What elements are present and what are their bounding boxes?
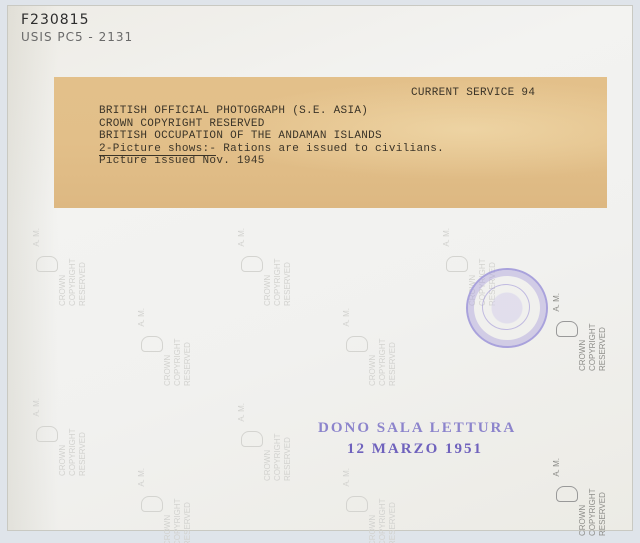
crown-icon [556, 321, 578, 337]
caption-line-2: CROWN COPYRIGHT RESERVED [99, 118, 265, 130]
handwritten-reference: USIS PC5 - 2131 [21, 30, 133, 44]
caption-picture-shows: 2-Picture shows:- [99, 143, 216, 156]
caption-label: CURRENT SERVICE 94 BRITISH OFFICIAL PHOT… [54, 77, 607, 208]
crown-icon [346, 496, 368, 512]
crown-copyright-watermark: A. M. CROWN COPYRIGHTRESERVED [28, 226, 88, 306]
library-stamp-date: 12 MARZO 1951 [347, 441, 483, 458]
crown-copyright-watermark: A. M. CROWN COPYRIGHTRESERVED [338, 306, 398, 386]
caption-description: Rations are issued to civilians. [216, 143, 444, 155]
caption-issue-date: Picture issued Nov. 1945 [99, 155, 265, 167]
circular-seal-stamp [466, 268, 548, 348]
caption-line-3: BRITISH OCCUPATION OF THE ANDAMAN ISLAND… [99, 130, 382, 142]
caption-line-1: BRITISH OFFICIAL PHOTOGRAPH (S.E. ASIA) [99, 105, 368, 117]
crown-copyright-watermark: A. M. CROWN COPYRIGHTRESERVED [133, 466, 193, 543]
service-number: CURRENT SERVICE 94 [411, 87, 535, 100]
crown-icon [36, 256, 58, 272]
crown-copyright-watermark: A. M. CROWN COPYRIGHTRESERVED [548, 456, 608, 536]
library-stamp-line1: DONO SALA LETTURA [318, 420, 516, 437]
crown-copyright-watermark: A. M. CROWN COPYRIGHTRESERVED [548, 291, 608, 371]
handwritten-id: F230815 [21, 12, 90, 28]
crown-icon [141, 336, 163, 352]
seal-emblem-icon [482, 284, 530, 330]
crown-icon [36, 426, 58, 442]
crown-icon [241, 431, 263, 447]
crown-icon [556, 486, 578, 502]
crown-icon [446, 256, 468, 272]
crown-icon [346, 336, 368, 352]
crown-icon [141, 496, 163, 512]
crown-copyright-watermark: A. M. CROWN COPYRIGHTRESERVED [233, 401, 293, 481]
crown-copyright-watermark: A. M. CROWN COPYRIGHTRESERVED [133, 306, 193, 386]
crown-copyright-watermark: A. M. CROWN COPYRIGHTRESERVED [233, 226, 293, 306]
crown-copyright-watermark: A. M. CROWN COPYRIGHTRESERVED [338, 466, 398, 543]
caption-text: BRITISH OFFICIAL PHOTOGRAPH (S.E. ASIA) … [99, 105, 444, 168]
crown-icon [241, 256, 263, 272]
crown-copyright-watermark: A. M. CROWN COPYRIGHTRESERVED [28, 396, 88, 476]
